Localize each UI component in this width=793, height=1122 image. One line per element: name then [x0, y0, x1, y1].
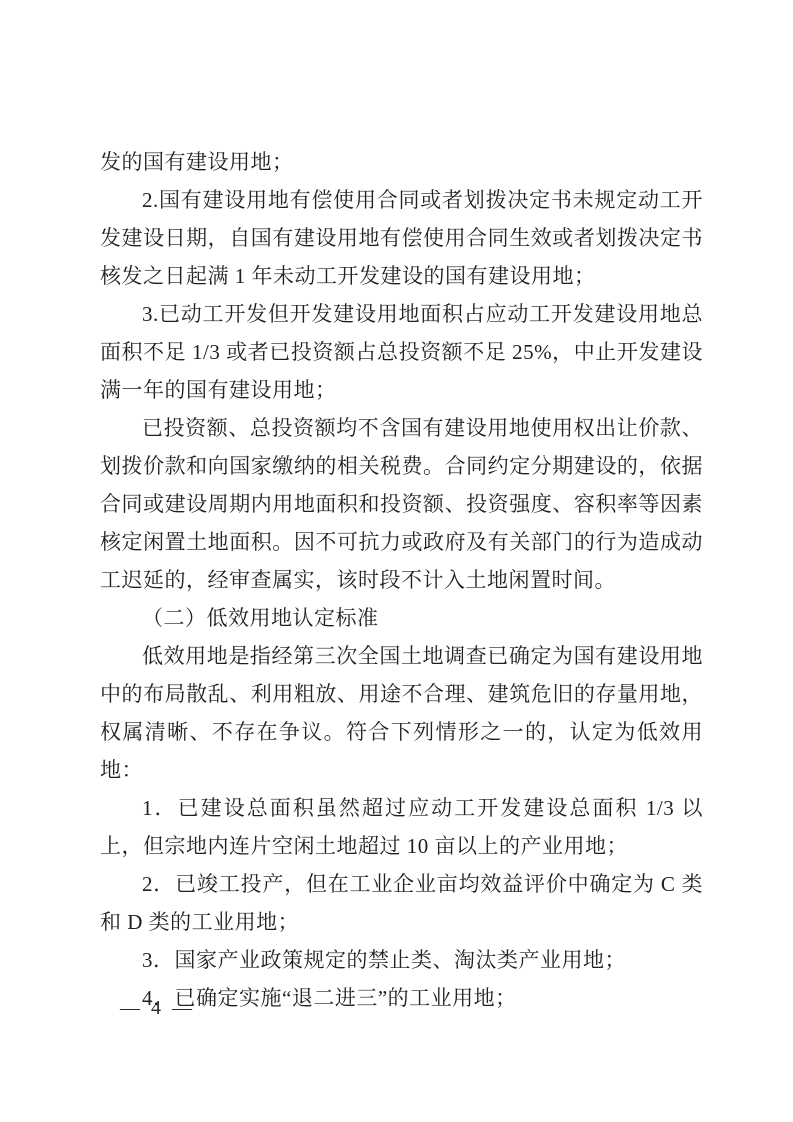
paragraph-continuation: 发的国有建设用地；: [100, 143, 703, 181]
list-item-2: 2．已竣工投产，但在工业企业亩均效益评价中确定为 C 类和 D 类的工业用地；: [100, 865, 703, 941]
paragraph-investment-note: 已投资额、总投资额均不含国有建设用地使用权出让价款、划拨价款和向国家缴纳的相关税…: [100, 409, 703, 599]
section-heading-low-efficiency-criteria: （二）低效用地认定标准: [100, 599, 703, 637]
document-page: 发的国有建设用地； 2.国有建设用地有偿使用合同或者划拨决定书未规定动工开发建设…: [0, 0, 793, 1122]
list-item-3: 3．国家产业政策规定的禁止类、淘汰类产业用地；: [100, 941, 703, 979]
document-body: 发的国有建设用地； 2.国有建设用地有偿使用合同或者划拨决定书未规定动工开发建设…: [100, 143, 703, 1017]
paragraph-low-efficiency-definition: 低效用地是指经第三次全国土地调查已确定为国有建设用地中的布局散乱、利用粗放、用途…: [100, 637, 703, 789]
list-item-1: 1．已建设总面积虽然超过应动工开发建设总面积 1/3 以上，但宗地内连片空闲土地…: [100, 789, 703, 865]
paragraph-idle-land-item-2: 2.国有建设用地有偿使用合同或者划拨决定书未规定动工开发建设日期，自国有建设用地…: [100, 181, 703, 295]
page-number: — 4 —: [120, 997, 195, 1020]
paragraph-idle-land-item-3: 3.已动工开发但开发建设用地面积占应动工开发建设用地总面积不足 1/3 或者已投…: [100, 295, 703, 409]
